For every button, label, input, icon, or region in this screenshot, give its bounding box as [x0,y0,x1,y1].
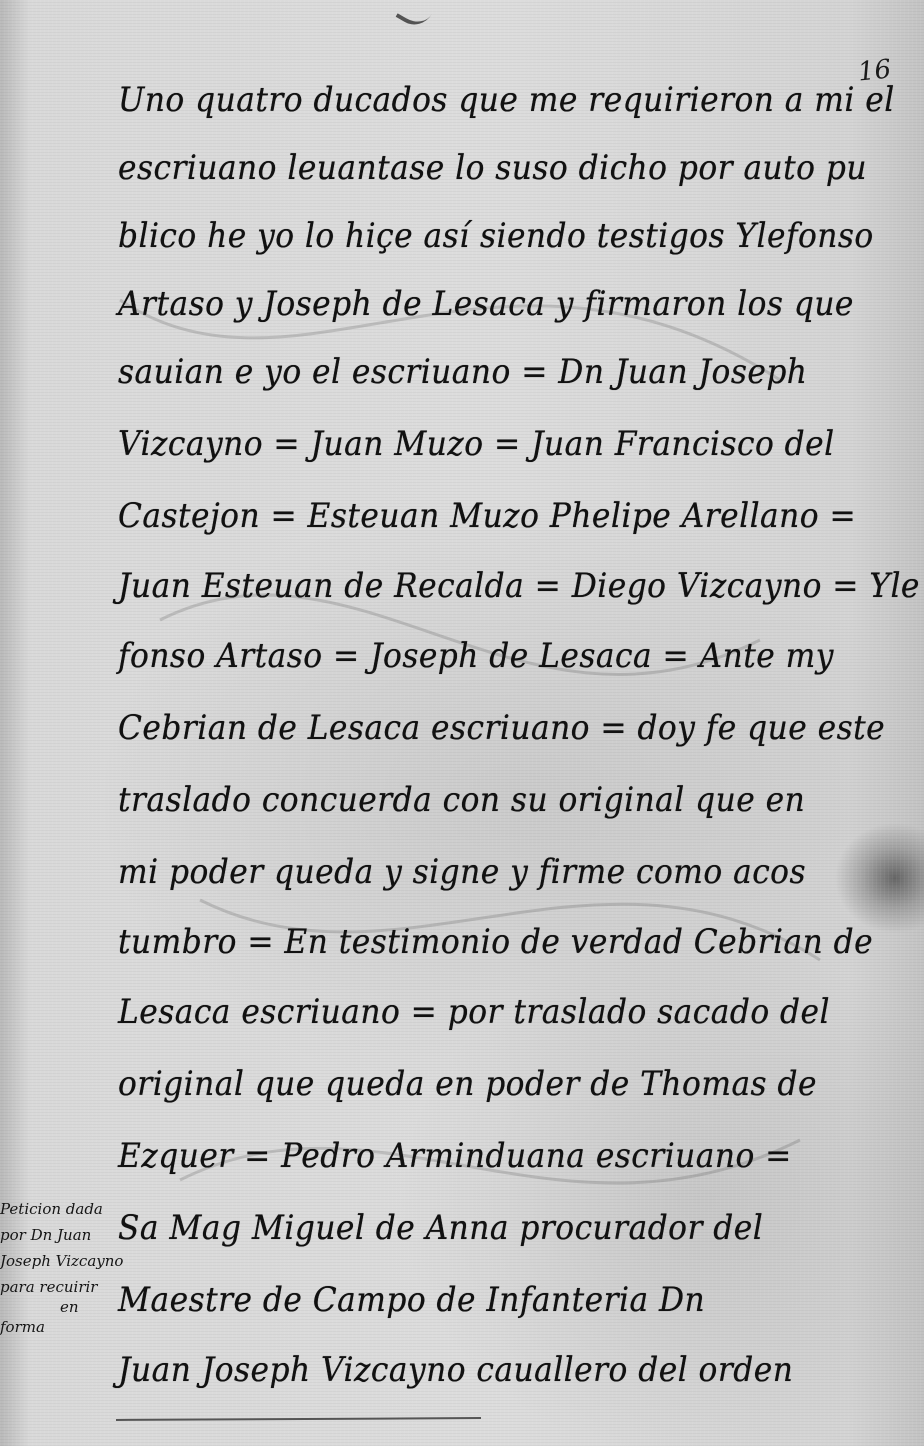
text-line-12: mi poder queda y signe y firme como acos [118,852,806,892]
text-line-11: traslado concuerda con su original que e… [118,780,805,820]
text-line-4: Artaso y Joseph de Lesaca y firmaron los… [118,284,854,324]
margin-line-1: Peticion dada [0,1196,135,1222]
text-line-17: Sa Mag Miguel de Anna procurador del [118,1208,763,1248]
text-line-7: Castejon = Esteuan Muzo Phelipe Arellano… [118,496,856,536]
text-line-3: blico he yo lo hiçe así siendo testigos … [118,216,874,256]
text-line-1: Uno quatro ducados que me requirieron a … [118,80,895,120]
text-line-18: Maestre de Campo de Infanteria Dn [118,1280,705,1320]
margin-line-4: para recuirir [0,1274,135,1300]
ink-mark [396,0,435,32]
text-line-9: fonso Artaso = Joseph de Lesaca = Ante m… [118,636,834,676]
text-line-8: Juan Esteuan de Recalda = Diego Vizcayno… [118,566,920,606]
text-line-15: original que queda en poder de Thomas de [118,1064,817,1104]
margin-line-5: en [0,1300,135,1314]
manuscript-page: 16 Uno quatro ducados que me requirieron… [0,0,924,1446]
margin-annotation: Peticion dada por Dn Juan Joseph Vizcayn… [0,1196,135,1340]
closing-underline [116,1417,481,1421]
text-line-5: sauian e yo el escriuano = Dn Juan Josep… [118,352,807,392]
text-line-19: Juan Joseph Vizcayno cauallero del orden [118,1350,793,1390]
margin-line-6: forma [0,1314,135,1340]
text-line-10: Cebrian de Lesaca escriuano = doy fe que… [118,708,885,748]
text-line-14: Lesaca escriuano = por traslado sacado d… [118,992,830,1032]
text-line-2: escriuano leuantase lo suso dicho por au… [118,148,867,188]
text-line-16: Ezquer = Pedro Arminduana escriuano = [118,1136,792,1176]
text-line-13: tumbro = En testimonio de verdad Cebrian… [118,922,873,962]
margin-line-2: por Dn Juan [0,1222,135,1248]
text-line-6: Vizcayno = Juan Muzo = Juan Francisco de… [118,424,835,464]
margin-line-3: Joseph Vizcayno [0,1248,135,1274]
